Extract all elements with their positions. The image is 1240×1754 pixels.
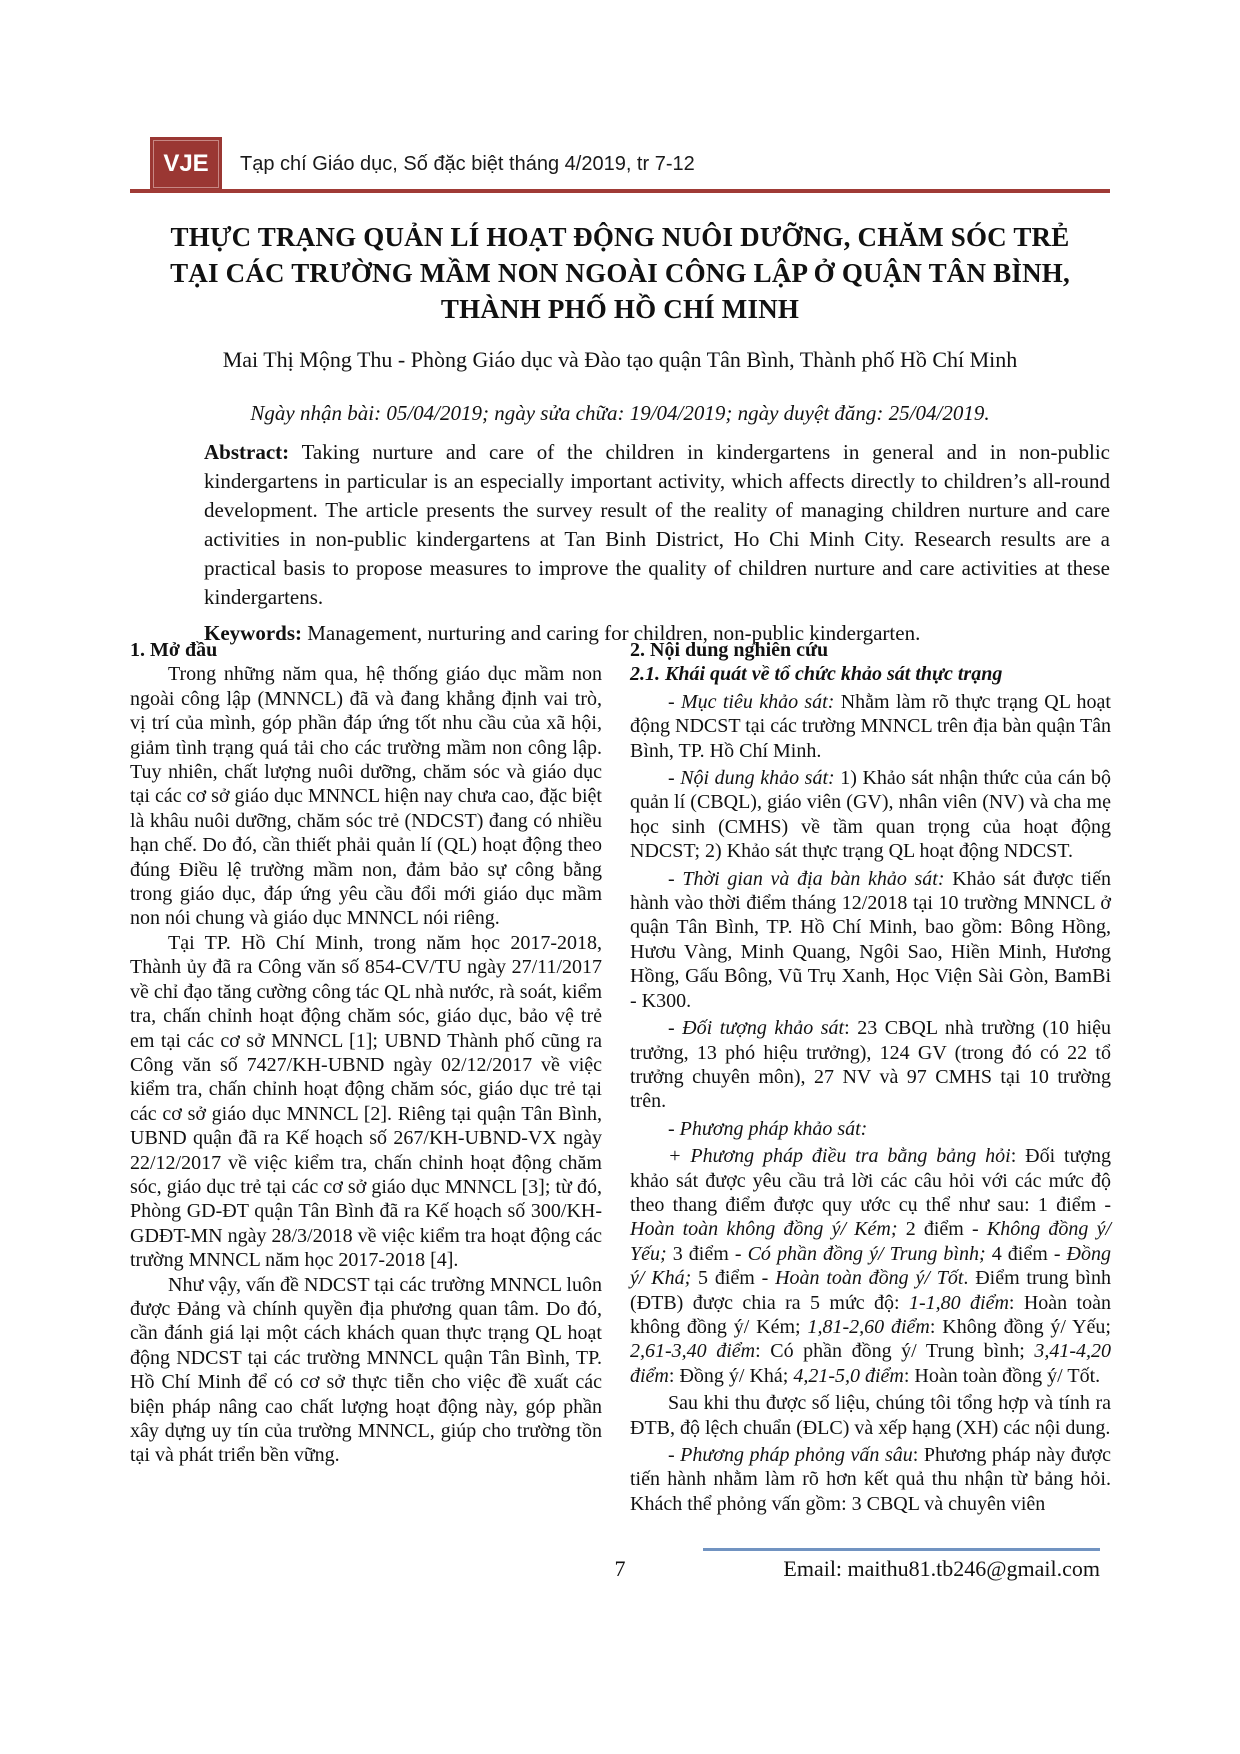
body-paragraph: Trong những năm qua, hệ thống giáo dục m… (130, 662, 602, 930)
text-segment: - Phương pháp khảo sát: (668, 1118, 867, 1140)
text-segment: 4 điểm - (986, 1243, 1067, 1265)
text-segment: 1. Mở đầu (130, 639, 217, 661)
journal-header-line: Tạp chí Giáo dục, Số đặc biệt tháng 4/20… (240, 153, 695, 176)
journal-page: { "header": { "logo_text": "VJE", "journ… (0, 0, 1240, 1754)
body-paragraph: - Nội dung khảo sát: 1) Khảo sát nhận th… (630, 766, 1111, 864)
text-segment: - Phương pháp phỏng vấn sâu (668, 1444, 913, 1466)
section-heading: 2.1. Khái quát về tổ chức khảo sát thực … (630, 662, 1111, 686)
left-column: 1. Mở đầuTrong những năm qua, hệ thống g… (130, 638, 602, 1468)
text-segment: 4,21-5,0 điểm (793, 1365, 904, 1387)
text-segment: 2,61-3,40 điểm (630, 1340, 755, 1362)
text-segment: + Phương pháp điều tra bằng bảng hỏi (668, 1145, 1011, 1167)
text-segment: - Đối tượng khảo sát (668, 1017, 844, 1039)
text-segment: : Không đồng ý/ Yếu; (930, 1316, 1111, 1338)
abstract-label: Abstract: (204, 440, 289, 464)
right-column: 2. Nội dung nghiên cứu2.1. Khái quát về … (630, 638, 1111, 1516)
text-segment: - Mục tiêu khảo sát: (668, 691, 841, 713)
body-paragraph: - Đối tượng khảo sát: 23 CBQL nhà trường… (630, 1016, 1111, 1114)
text-segment: : Hoàn toàn đồng ý/ Tốt. (904, 1365, 1100, 1387)
abstract-text: Taking nurture and care of the children … (204, 440, 1110, 609)
text-segment: Hoàn toàn đồng ý/ Tốt (775, 1267, 963, 1289)
article-title-line-2: TẠI CÁC TRƯỜNG MẦM NON NGOÀI CÔNG LẬP Ở … (130, 255, 1110, 291)
footer-rule (703, 1548, 1100, 1551)
body-paragraph: - Phương pháp phỏng vấn sâu: Phương pháp… (630, 1443, 1111, 1516)
text-segment: 5 điểm - (691, 1267, 775, 1289)
section-heading: 2. Nội dung nghiên cứu (630, 638, 1111, 662)
body-paragraph: - Mục tiêu khảo sát: Nhằm làm rõ thực tr… (630, 690, 1111, 763)
article-title-line-1: THỰC TRẠNG QUẢN LÍ HOẠT ĐỘNG NUÔI DƯỠNG,… (130, 219, 1110, 255)
text-segment: 2.1. Khái quát về tổ chức khảo sát thực … (630, 663, 1002, 685)
author-byline: Mai Thị Mộng Thu - Phòng Giáo dục và Đào… (130, 347, 1110, 373)
article-title-line-3: THÀNH PHỐ HỒ CHÍ MINH (130, 291, 1110, 327)
body-paragraph: + Phương pháp điều tra bằng bảng hỏi: Đố… (630, 1144, 1111, 1388)
body-paragraph: - Phương pháp khảo sát: (630, 1117, 1111, 1141)
text-segment: Tại TP. Hồ Chí Minh, trong năm học 2017-… (130, 932, 602, 1271)
body-paragraph: Tại TP. Hồ Chí Minh, trong năm học 2017-… (130, 931, 602, 1273)
text-segment: 2 điểm - (898, 1218, 987, 1240)
submission-dates: Ngày nhận bài: 05/04/2019; ngày sửa chữa… (130, 401, 1110, 426)
text-segment: : Đồng ý/ Khá; (669, 1365, 793, 1387)
text-segment: Sau khi thu được số liệu, chúng tôi tổng… (630, 1392, 1111, 1438)
text-segment: - Thời gian và địa bàn khảo sát: (668, 868, 952, 890)
body-paragraph: Sau khi thu được số liệu, chúng tôi tổng… (630, 1391, 1111, 1440)
text-segment: Hoàn toàn không đồng ý/ Kém; (630, 1218, 898, 1240)
body-paragraph: Như vậy, vấn đề NDCST tại các trường MNN… (130, 1273, 602, 1468)
body-paragraph: - Thời gian và địa bàn khảo sát: Khảo sá… (630, 867, 1111, 1013)
text-segment: : Có phần đồng ý/ Trung bình; (755, 1340, 1034, 1362)
abstract-block: Abstract: Taking nurture and care of the… (204, 438, 1110, 648)
text-segment: - Nội dung khảo sát: (668, 767, 840, 789)
text-segment: Trong những năm qua, hệ thống giáo dục m… (130, 663, 602, 929)
text-segment: Có phần đồng ý/ Trung bình; (748, 1243, 986, 1265)
abstract-paragraph: Abstract: Taking nurture and care of the… (204, 438, 1110, 612)
journal-logo-text: VJE (163, 150, 208, 178)
text-segment: 2. Nội dung nghiên cứu (630, 639, 828, 661)
journal-logo: VJE (150, 137, 222, 191)
text-segment: 1,81-2,60 điểm (807, 1316, 929, 1338)
header-rule (130, 189, 1110, 193)
footer-email: Email: maithu81.tb246@gmail.com (630, 1556, 1100, 1582)
text-segment: Như vậy, vấn đề NDCST tại các trường MNN… (130, 1274, 602, 1467)
article-title: THỰC TRẠNG QUẢN LÍ HOẠT ĐỘNG NUÔI DƯỠNG,… (130, 219, 1110, 327)
section-heading: 1. Mở đầu (130, 638, 602, 662)
text-segment: 1-1,80 điểm (909, 1292, 1009, 1314)
text-segment: 3 điểm - (667, 1243, 748, 1265)
